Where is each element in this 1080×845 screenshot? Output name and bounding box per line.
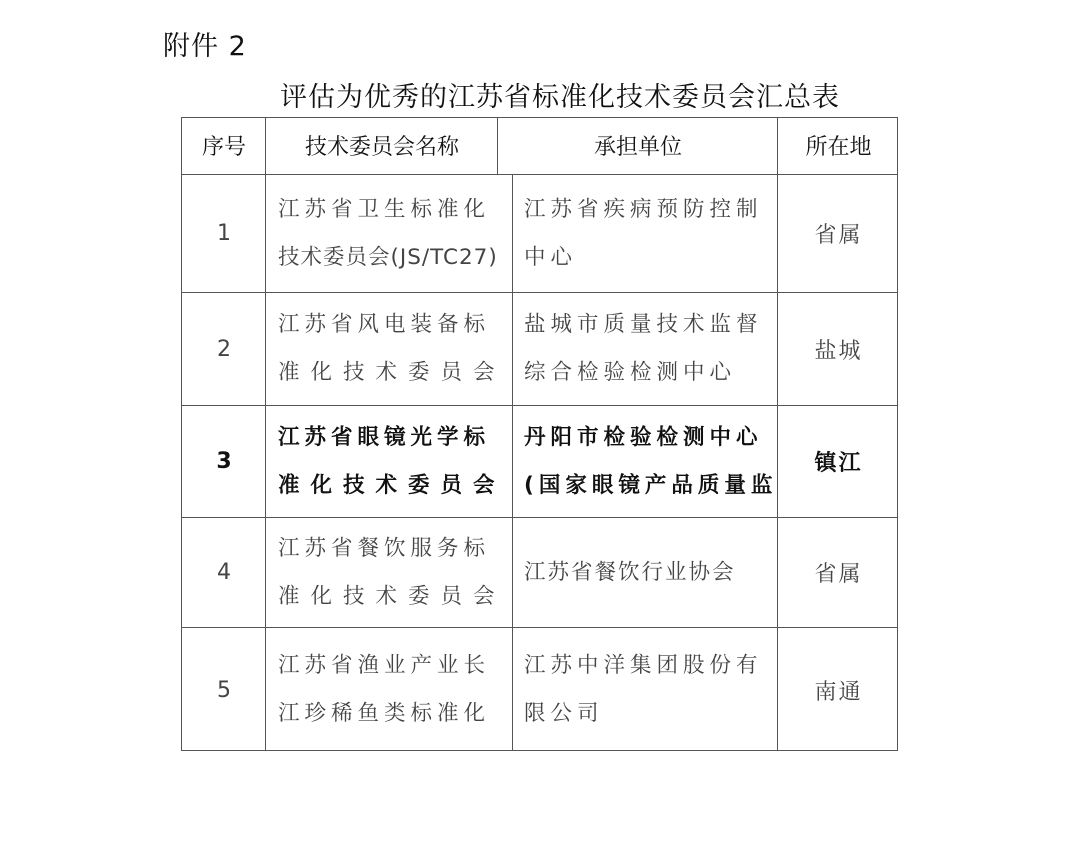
location: 镇江: [778, 406, 899, 517]
divider: [497, 118, 498, 174]
committee-name-line: 江苏省卫生标准化: [278, 197, 498, 223]
location: 省属: [778, 175, 899, 292]
header-location: 所在地: [778, 118, 899, 173]
unit-line: 江苏省餐饮行业协会: [524, 560, 736, 586]
unit-line: 综合检验检测中心: [524, 360, 763, 386]
row-number: 2: [182, 293, 266, 405]
committee-name-line: 准化技术委员会: [278, 473, 506, 499]
attachment-label: 附件 2: [163, 24, 247, 63]
divider: [265, 118, 266, 174]
table-row: 1 江苏省卫生标准化 技术委员会(JS/TC27) 江苏省疾病预防控制 中心 省…: [182, 175, 897, 293]
row-number: 4: [182, 518, 266, 627]
location: 盐城: [778, 293, 899, 405]
divider: [777, 118, 778, 174]
unit-line: (国家眼镜产品质量监: [524, 473, 777, 499]
unit-line: 盐城市质量技术监督: [524, 312, 763, 338]
committee-name-line: 准化技术委员会: [278, 584, 506, 610]
summary-table: 序号 技术委员会名称 承担单位 所在地 1 江苏省卫生标准化 技术委员会(JS/…: [181, 117, 898, 751]
unit-line: 江苏省疾病预防控制: [524, 197, 763, 223]
unit-line: 限公司: [524, 701, 763, 727]
committee-name-line: 江苏省渔业产业长: [278, 653, 490, 679]
table-row: 4 江苏省餐饮服务标 准化技术委员会 江苏省餐饮行业协会 省属: [182, 518, 897, 628]
header-unit: 承担单位: [498, 118, 778, 173]
committee-name-line: 江苏省餐饮服务标: [278, 536, 506, 562]
unit-line: 中心: [524, 245, 763, 271]
committee-name-line: 江苏省眼镜光学标: [278, 425, 506, 451]
responsible-unit: 江苏省疾病预防控制 中心: [513, 175, 778, 292]
document-title: 评估为优秀的江苏省标准化技术委员会汇总表: [280, 75, 860, 114]
responsible-unit: 盐城市质量技术监督 综合检验检测中心: [513, 293, 778, 405]
header-committee-name: 技术委员会名称: [266, 118, 498, 173]
committee-name-line: 江苏省风电装备标: [278, 312, 506, 338]
committee-name: 江苏省渔业产业长 江珍稀鱼类标准化: [266, 628, 513, 752]
committee-name: 江苏省卫生标准化 技术委员会(JS/TC27): [266, 175, 513, 292]
committee-name: 江苏省眼镜光学标 准化技术委员会: [266, 406, 513, 517]
row-number: 1: [182, 175, 266, 292]
committee-name-line: 江珍稀鱼类标准化: [278, 701, 490, 727]
table-row: 2 江苏省风电装备标 准化技术委员会 盐城市质量技术监督 综合检验检测中心 盐城: [182, 293, 897, 406]
unit-line: 丹阳市检验检测中心: [524, 425, 777, 451]
unit-line: 江苏中洋集团股份有: [524, 653, 763, 679]
row-number: 5: [182, 628, 266, 752]
location: 省属: [778, 518, 899, 627]
committee-name-line: 技术委员会(JS/TC27): [278, 245, 498, 271]
responsible-unit: 丹阳市检验检测中心 (国家眼镜产品质量监: [513, 406, 778, 517]
table-header: 序号 技术委员会名称 承担单位 所在地: [182, 118, 897, 175]
header-no: 序号: [182, 118, 266, 173]
responsible-unit: 江苏中洋集团股份有 限公司: [513, 628, 778, 752]
committee-name: 江苏省餐饮服务标 准化技术委员会: [266, 518, 513, 627]
row-number: 3: [182, 406, 266, 517]
table-row: 5 江苏省渔业产业长 江珍稀鱼类标准化 江苏中洋集团股份有 限公司 南通: [182, 628, 897, 752]
committee-name: 江苏省风电装备标 准化技术委员会: [266, 293, 513, 405]
responsible-unit: 江苏省餐饮行业协会: [513, 518, 778, 627]
table-row: 3 江苏省眼镜光学标 准化技术委员会 丹阳市检验检测中心 (国家眼镜产品质量监 …: [182, 406, 897, 518]
location: 南通: [778, 628, 899, 752]
committee-name-line: 准化技术委员会: [278, 360, 506, 386]
